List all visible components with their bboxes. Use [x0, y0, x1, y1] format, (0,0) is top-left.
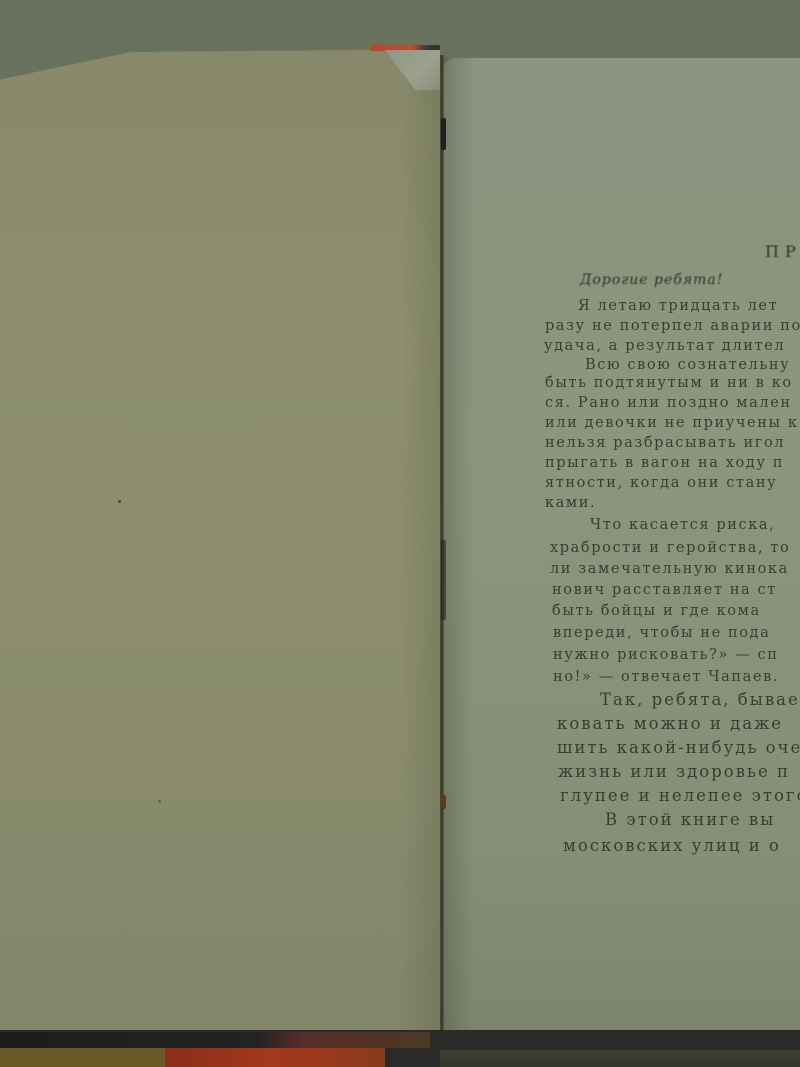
gutter-stain	[441, 795, 446, 809]
left-page-gutter-shadow	[400, 50, 440, 1035]
cover-right-edge	[440, 1050, 800, 1067]
right-page	[444, 58, 800, 1050]
paper-speck	[730, 843, 733, 846]
cover-pattern-dark	[0, 1032, 430, 1048]
paper-speck	[118, 500, 121, 503]
cover-pattern-olive	[0, 1048, 170, 1067]
paper-speck	[158, 800, 161, 803]
left-page-blank	[0, 50, 440, 1035]
cover-pattern-red	[165, 1048, 385, 1067]
gutter-stain	[441, 118, 446, 150]
photo-scene	[0, 0, 800, 1067]
gutter-stain	[441, 540, 446, 620]
right-page-gutter-shadow	[444, 58, 474, 1050]
